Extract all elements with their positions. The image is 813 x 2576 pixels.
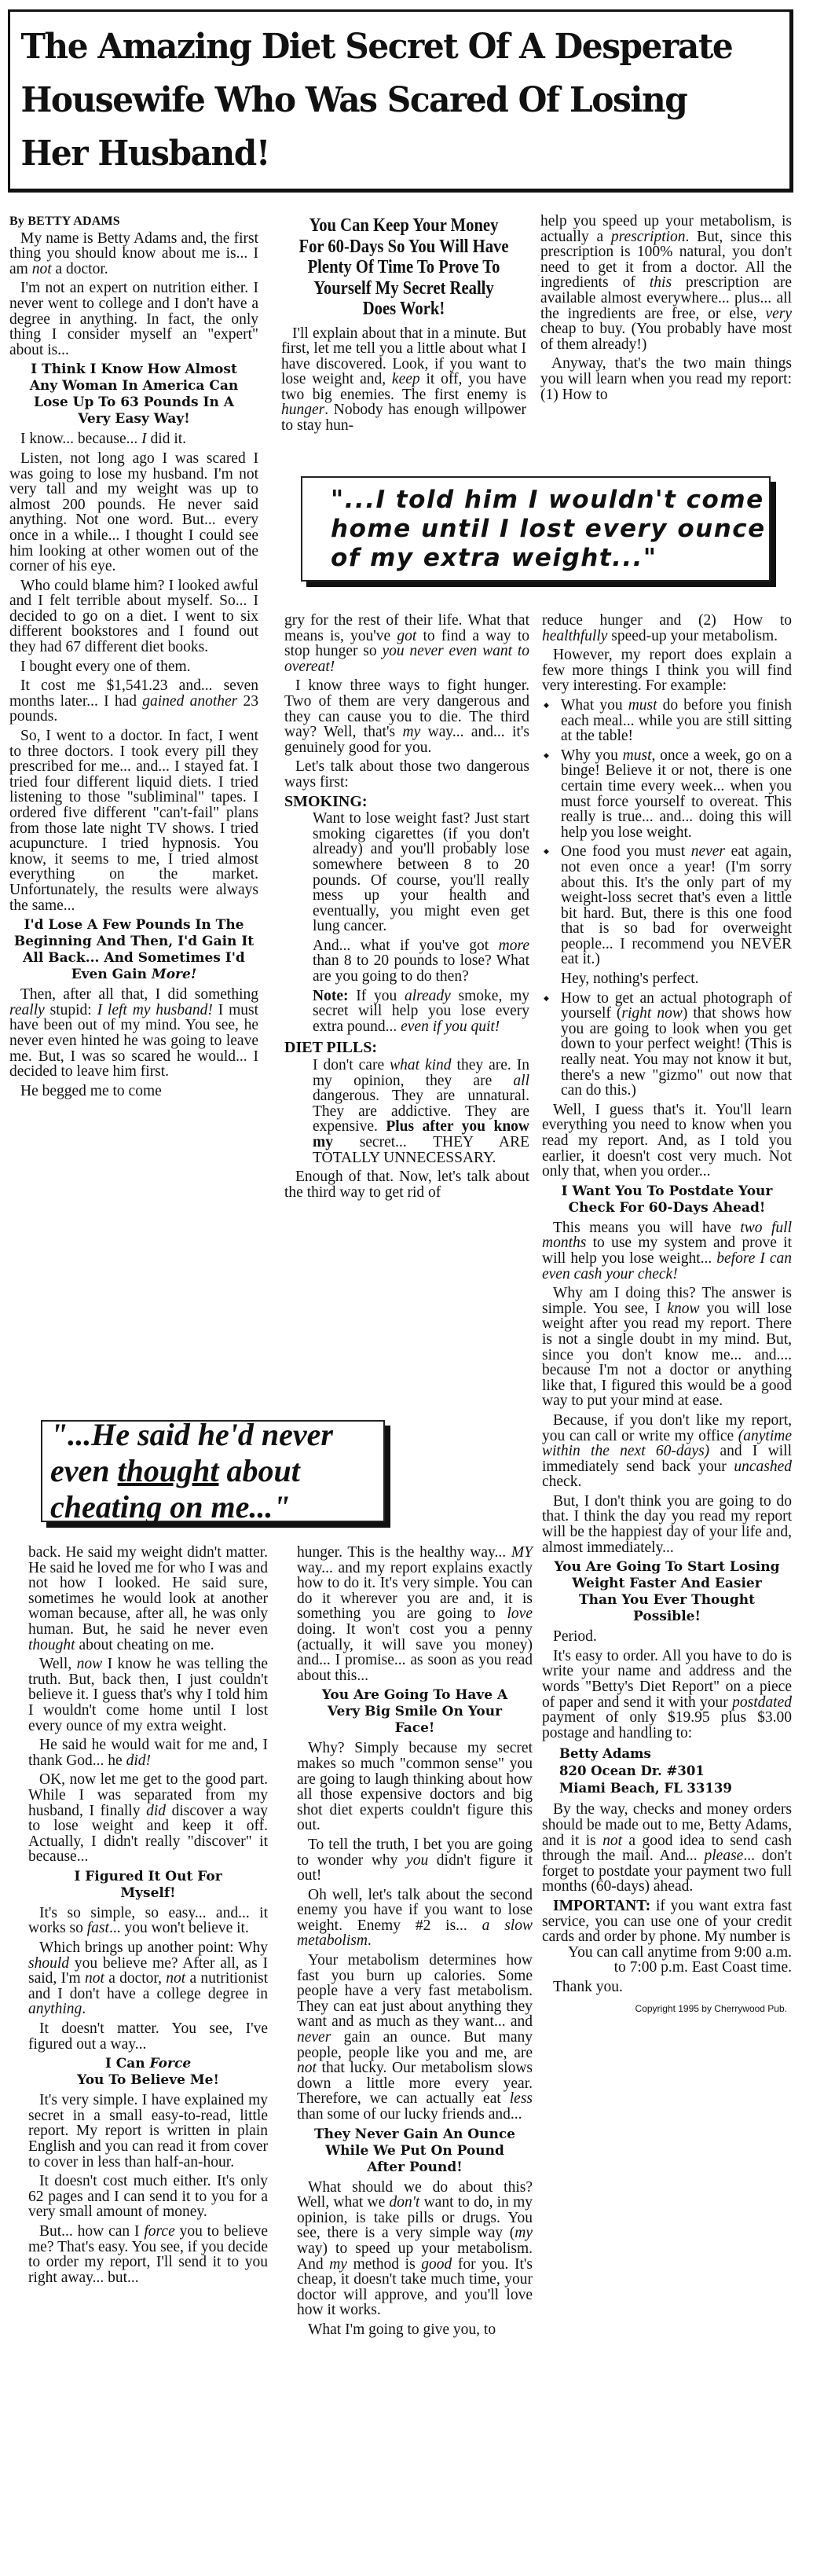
subheading: I Figured It Out For Myself! xyxy=(28,1869,268,1902)
paragraph: I know... because... I did it. xyxy=(9,431,258,447)
paragraph: Period. xyxy=(542,1629,792,1645)
aside-text: Hey, nothing's perfect. xyxy=(561,971,792,987)
subheading: You Are Going To Start Losing Weight Fas… xyxy=(542,1559,792,1625)
paragraph: My name is Betty Adams and, the first th… xyxy=(9,231,258,277)
paragraph: Who could blame him? I looked awful and … xyxy=(9,578,258,655)
paragraph: Anyway, that's the two main things you w… xyxy=(540,356,792,402)
paragraph: Then, after all that, I did something re… xyxy=(9,987,258,1080)
paragraph: Which brings up another point: Why shoul… xyxy=(28,1940,268,2017)
column-1-top: By BETTY ADAMS My name is Betty Adams an… xyxy=(9,214,258,1103)
byline: By BETTY ADAMS xyxy=(9,214,258,229)
list-item: What you must do before you finish each … xyxy=(542,698,792,744)
paragraph: help you speed up your metabolism, is ac… xyxy=(540,214,792,352)
mailing-address: Betty Adams 820 Ocean Dr. #301 Miami Bea… xyxy=(542,1745,792,1797)
diet-pills-section: I don't care what kind they are. In my o… xyxy=(284,1058,529,1165)
paragraph: Want to lose weight fast? Just start smo… xyxy=(313,811,529,934)
paragraph: He begged me to come xyxy=(9,1084,258,1099)
paragraph: I bought every one of them. xyxy=(9,659,258,675)
closing: Thank you. xyxy=(542,1980,792,1995)
paragraph: I know three ways to fight hunger. Two o… xyxy=(284,678,529,755)
paragraph: So, I went to a doctor. In fact, I went … xyxy=(9,728,258,913)
smoking-section: Want to lose weight fast? Just start smo… xyxy=(284,811,529,1034)
address-city: Miami Beach, FL 33139 xyxy=(559,1780,792,1797)
subheading: They Never Gain An Ounce While We Put On… xyxy=(297,2126,533,2176)
list-item: One food you must never eat again, not e… xyxy=(542,844,792,986)
pull-quote-text: "...He said he'd never even thought abou… xyxy=(42,1417,383,1525)
paragraph: reduce hunger and (2) How to healthfully… xyxy=(542,613,792,644)
paragraph: Why? Simply because my secret makes so m… xyxy=(297,1741,533,1833)
paragraph: By the way, checks and money orders shou… xyxy=(542,1802,792,1895)
paragraph: I don't care what kind they are. In my o… xyxy=(313,1058,529,1165)
paragraph: To tell the truth, I bet you are going t… xyxy=(297,1837,533,1884)
paragraph: Let's talk about those two dangerous way… xyxy=(284,759,529,790)
paragraph: Well, I guess that's it. You'll learn ev… xyxy=(542,1103,792,1180)
subheading: I'd Lose A Few Pounds In The Beginning A… xyxy=(9,917,258,983)
column-1-bottom: back. He said my weight didn't matter. H… xyxy=(28,1545,268,2289)
feature-list: What you must do before you finish each … xyxy=(542,698,792,1099)
paragraph: It doesn't matter. You see, I've figured… xyxy=(28,2021,268,2052)
subheading: You Are Going To Have A Very Big Smile O… xyxy=(297,1687,533,1737)
paragraph: However, my report does explain a few mo… xyxy=(542,648,792,694)
address-street: 820 Ocean Dr. #301 xyxy=(559,1763,792,1780)
paragraph: Why am I doing this? The answer is simpl… xyxy=(542,1286,792,1409)
subheading: I Can ForceYou To Believe Me! xyxy=(28,2056,268,2089)
pull-quote-text: "...I told him I wouldn't come home unti… xyxy=(302,486,769,573)
column-3-middle: reduce hunger and (2) How to healthfully… xyxy=(542,613,792,2016)
paragraph: OK, now let me get to the good part. Whi… xyxy=(28,1772,268,1865)
paragraph: I'll explain about that in a minute. But… xyxy=(281,326,526,434)
paragraph: It's very simple. I have explained my se… xyxy=(28,2093,268,2170)
address-name: Betty Adams xyxy=(559,1745,792,1763)
column-2-bottom: hunger. This is the healthy way... MY wa… xyxy=(297,1545,533,2342)
pull-quote-1: "...I told him I wouldn't come home unti… xyxy=(301,476,771,582)
column-2-top: You Can Keep Your Money For 60-Days So Y… xyxy=(281,212,526,438)
paragraph: It doesn't cost much either. It's only 6… xyxy=(28,2174,268,2220)
paragraph: And... what if you've got more than 8 to… xyxy=(313,938,529,985)
paragraph: This means you will have two full months… xyxy=(542,1220,792,1282)
paragraph: But... how can I force you to believe me… xyxy=(28,2224,268,2285)
paragraph: Listen, not long ago I was scared I was … xyxy=(9,451,258,574)
column-3-top: help you speed up your metabolism, is ac… xyxy=(540,214,792,406)
smoking-label: SMOKING: xyxy=(284,794,529,810)
pull-quote-2: "...He said he'd never even thought abou… xyxy=(41,1420,385,1522)
note-paragraph: Note: If you already smoke, my secret wi… xyxy=(313,989,529,1035)
paragraph: But, I don't think you are going to do t… xyxy=(542,1494,792,1555)
paragraph: hunger. This is the healthy way... MY wa… xyxy=(297,1545,533,1683)
list-item: Why you must, once a week, go on a binge… xyxy=(542,748,792,841)
paragraph: Your metabolism determines how fast you … xyxy=(297,1953,533,2123)
paragraph: Because, if you don't like my report, yo… xyxy=(542,1413,792,1490)
list-item: How to get an actual photograph of yours… xyxy=(542,991,792,1099)
paragraph: It cost me $1,541.23 and... seven months… xyxy=(9,678,258,725)
paragraph: It's so simple, so easy... and... it wor… xyxy=(28,1906,268,1936)
subheading: I Think I Know How Almost Any Woman In A… xyxy=(9,361,258,427)
subheading: You Can Keep Your Money For 60-Days So Y… xyxy=(298,215,509,320)
column-2-middle: gry for the rest of their life. What tha… xyxy=(284,613,529,1204)
paragraph: IMPORTANT: if you want extra fast servic… xyxy=(542,1899,792,1976)
diet-pills-label: DIET PILLS: xyxy=(284,1040,529,1056)
paragraph: back. He said my weight didn't matter. H… xyxy=(28,1545,268,1653)
paragraph: He said he would wait for me and, I than… xyxy=(28,1738,268,1768)
headline-box: The Amazing Diet Secret Of A Desperate H… xyxy=(8,9,793,193)
headline: The Amazing Diet Secret Of A Desperate H… xyxy=(10,20,758,181)
paragraph: Well, now I know he was telling the trut… xyxy=(28,1657,268,1734)
subheading: I Want You To Postdate Your Check For 60… xyxy=(542,1183,792,1216)
paragraph: Enough of that. Now, let's talk about th… xyxy=(284,1169,529,1200)
paragraph: What should we do about this? Well, what… xyxy=(297,2180,533,2318)
copyright: Copyright 1995 by Cherrywood Pub. xyxy=(542,2002,792,2017)
paragraph: I'm not an expert on nutrition either. I… xyxy=(9,281,258,358)
paragraph: What I'm going to give you, to xyxy=(297,2322,533,2338)
paragraph: gry for the rest of their life. What tha… xyxy=(284,613,529,674)
paragraph: Oh well, let's talk about the second ene… xyxy=(297,1888,533,1949)
paragraph: It's easy to order. All you have to do i… xyxy=(542,1649,792,1741)
